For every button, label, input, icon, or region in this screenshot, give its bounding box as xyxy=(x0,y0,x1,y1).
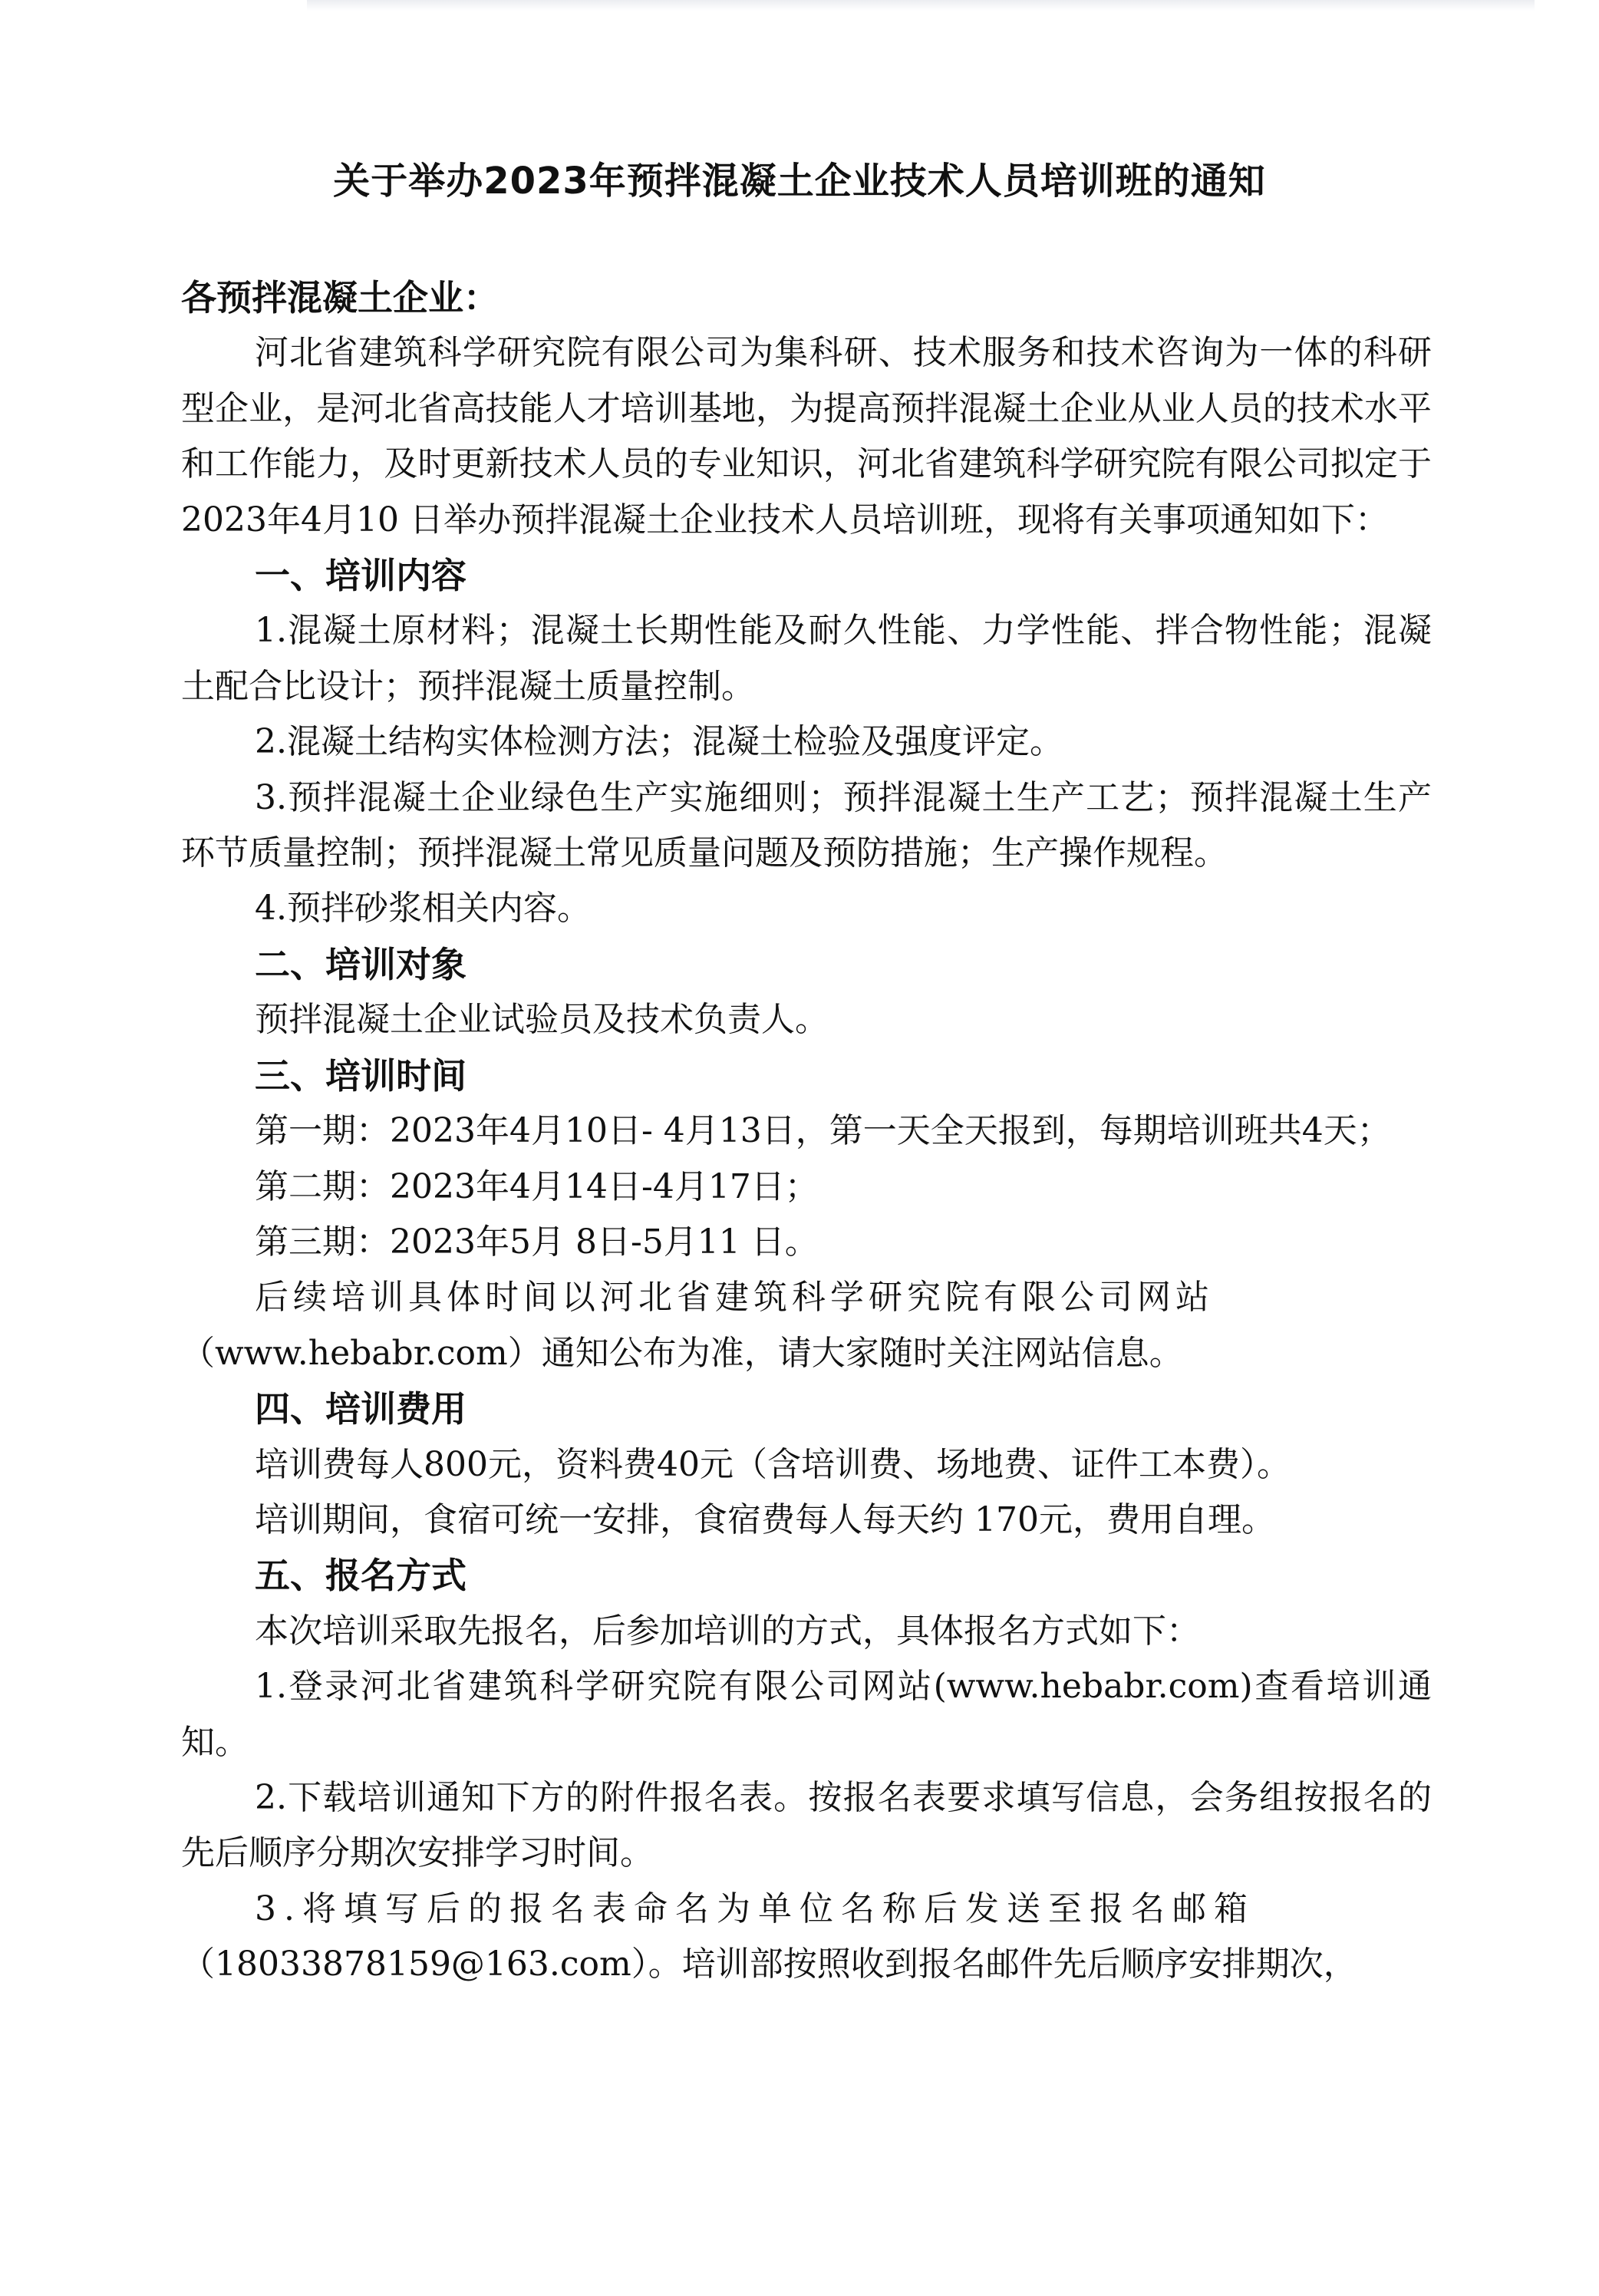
schedule-followup-line2: （www.hebabr.com）通知公布为准，请大家随时关注网站信息。 xyxy=(181,1326,1432,1381)
section-heading-audience: 二、培训对象 xyxy=(181,937,1432,992)
schedule-session-1: 第一期：2023年4月10日- 4月13日，第一天全天报到，每期培训班共4天； xyxy=(181,1103,1432,1159)
registration-step-2: 2.下载培训通知下方的附件报名表。按报名表要求填写信息，会务组按报名的先后顺序分… xyxy=(181,1770,1432,1882)
schedule-followup-line1: 后续培训具体时间以河北省建筑科学研究院有限公司网站 xyxy=(181,1270,1432,1325)
salutation: 各预拌混凝土企业： xyxy=(181,270,1432,325)
content-item-2: 2.混凝土结构实体检测方法；混凝土检验及强度评定。 xyxy=(181,714,1432,770)
content-item-3: 3.预拌混凝土企业绿色生产实施细则；预拌混凝土生产工艺；预拌混凝土生产环节质量控… xyxy=(181,770,1432,882)
registration-step-1: 1.登录河北省建筑科学研究院有限公司网站(www.hebabr.com)查看培训… xyxy=(181,1659,1432,1770)
content-item-4: 4.预拌砂浆相关内容。 xyxy=(181,881,1432,936)
fees-paragraph-1: 培训费每人800元，资料费40元（含培训费、场地费、证件工本费）。 xyxy=(181,1437,1432,1493)
registration-step-3-line1: 3.将填写后的报名表命名为单位名称后发送至报名邮箱 xyxy=(181,1882,1432,1937)
document-title: 关于举办2023年预拌混凝土企业技术人员培训班的通知 xyxy=(0,153,1599,209)
registration-step-3-line2: （18033878159@163.com）。培训部按照收到报名邮件先后顺序安排期… xyxy=(181,1937,1432,1992)
schedule-session-2: 第二期：2023年4月14日-4月17日； xyxy=(181,1160,1432,1215)
section-heading-registration: 五、报名方式 xyxy=(181,1548,1432,1603)
fees-paragraph-2: 培训期间，食宿可统一安排，食宿费每人每天约 170元，费用自理。 xyxy=(181,1493,1432,1548)
document-body: 各预拌混凝土企业： 河北省建筑科学研究院有限公司为集科研、技术服务和技术咨询为一… xyxy=(181,270,1432,1993)
audience-paragraph: 预拌混凝土企业试验员及技术负责人。 xyxy=(181,992,1432,1047)
document-page: 关于举办2023年预拌混凝土企业技术人员培训班的通知 各预拌混凝土企业： 河北省… xyxy=(0,0,1599,2296)
section-heading-fees: 四、培训费用 xyxy=(181,1381,1432,1437)
content-item-1: 1.混凝土原材料；混凝土长期性能及耐久性能、力学性能、拌合物性能；混凝土配合比设… xyxy=(181,603,1432,714)
intro-paragraph: 河北省建筑科学研究院有限公司为集科研、技术服务和技术咨询为一体的科研型企业，是河… xyxy=(181,325,1432,548)
schedule-session-3: 第三期：2023年5月 8日-5月11 日。 xyxy=(181,1215,1432,1270)
section-heading-schedule: 三、培训时间 xyxy=(181,1048,1432,1103)
scan-artifact xyxy=(307,0,1535,11)
registration-intro: 本次培训采取先报名，后参加培训的方式，具体报名方式如下： xyxy=(181,1604,1432,1659)
section-heading-content: 一、培训内容 xyxy=(181,548,1432,603)
